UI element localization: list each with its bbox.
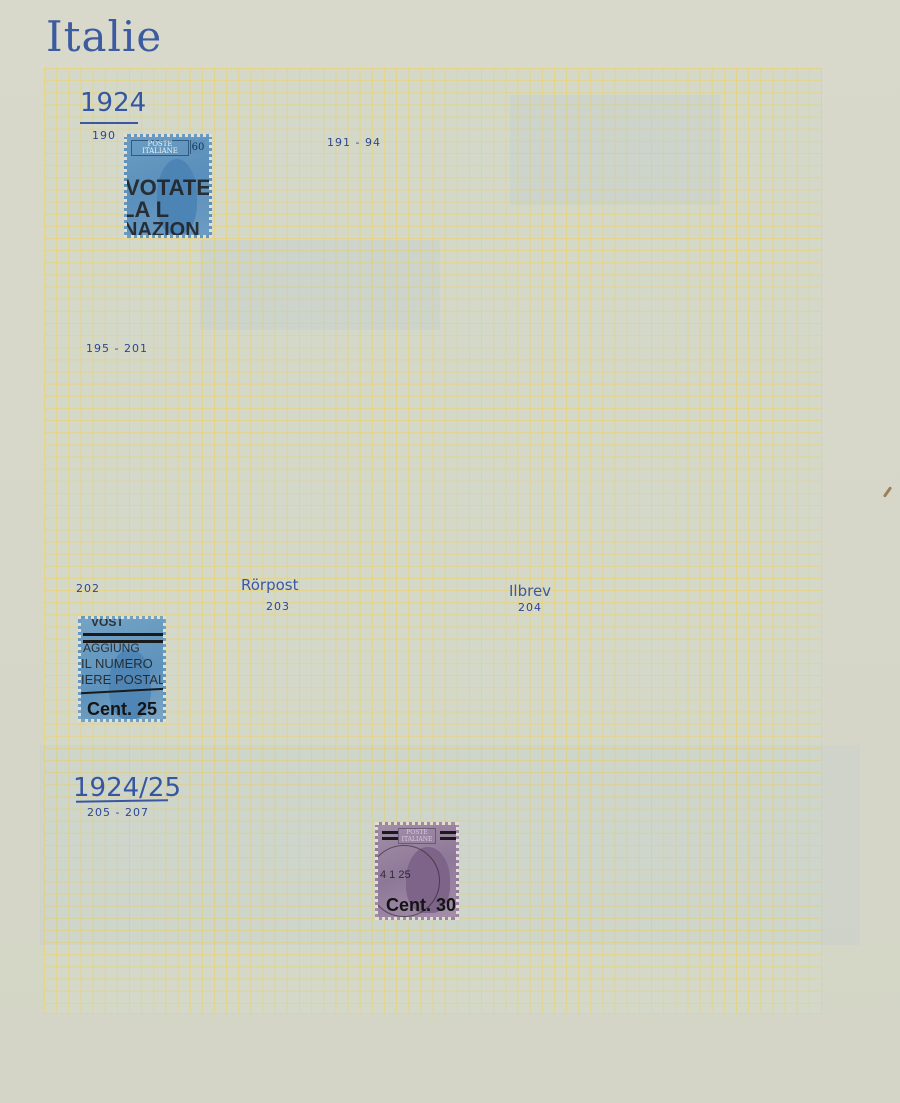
ilbrev-label: Ilbrev: [509, 582, 551, 600]
overprint-bar: [382, 837, 398, 840]
stamp-205[interactable]: POSTE ITALIANE 4 1 25 Cent. 30: [375, 822, 459, 920]
stamp-202[interactable]: VOST AGGIUNG IL NUMERO IERE POSTALE Cent…: [78, 616, 166, 722]
catalog-number: 203: [266, 600, 290, 613]
cancel-line: VOST: [91, 616, 124, 629]
show-through-patch: [510, 95, 720, 205]
overprint-bar: [440, 831, 456, 834]
overprint-bar: [382, 831, 398, 834]
section-year-1924: 1924: [80, 88, 146, 118]
cancel-line: IL NUMERO: [81, 656, 153, 671]
cancel-line: NAZION: [124, 219, 200, 238]
cancel-line: 4 1 25: [380, 869, 411, 881]
stamp-190[interactable]: POSTE ITALIANE 60 VOTATE LA L NAZION: [124, 134, 212, 238]
catalog-number: 205 - 207: [87, 806, 149, 819]
rorpost-label: Rörpost: [241, 576, 299, 594]
stamp-overprint: Cent. 30: [386, 895, 456, 916]
stamp-header: POSTE ITALIANE: [131, 140, 189, 156]
cancel-line: IERE POSTALE: [81, 672, 166, 687]
catalog-number: 195 - 201: [86, 342, 148, 355]
stamp-denomination: 60: [190, 140, 205, 154]
year-underline: [80, 122, 138, 124]
overprint-bar: [440, 837, 456, 840]
catalog-number: 202: [76, 582, 100, 595]
cancel-line: AGGIUNG: [83, 641, 140, 655]
stamp-header: POSTE ITALIANE: [398, 828, 436, 844]
catalog-number: 190: [92, 129, 116, 142]
stamp-overprint: Cent. 25: [87, 699, 157, 720]
catalog-number: 204: [518, 601, 542, 614]
catalog-number: 191 - 94: [327, 136, 381, 149]
overprint-bar: [83, 633, 163, 636]
page-title: Italie: [46, 12, 162, 61]
show-through-patch: [200, 240, 440, 330]
